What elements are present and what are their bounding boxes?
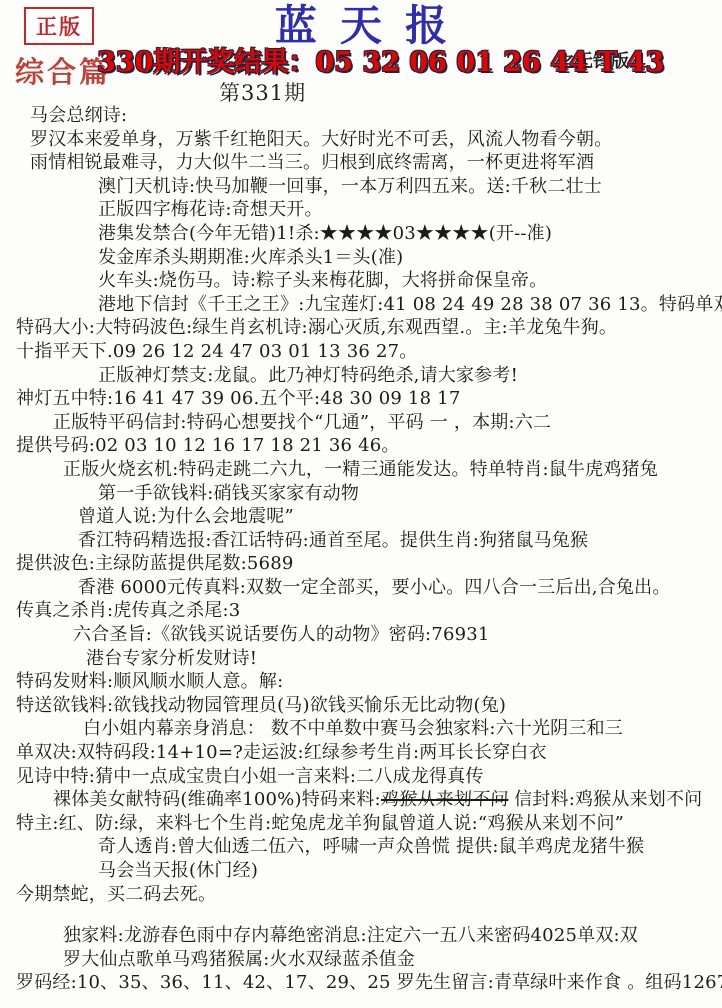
text-segment: 澳门天机诗:快马加鞭一回事，一本万利四五来。送:千秋二壮士	[98, 176, 602, 197]
text-segment: 今期禁蛇，买二码去死。	[16, 884, 216, 905]
text-segment: 香港 6000元传真料:双数一定全部买，要小心。四八合一三后出,合兔出。	[78, 577, 671, 598]
text-segment: 港台专家分析发财诗!	[86, 648, 257, 669]
text-segment: 单双决:双特码段:14+10=?走运波:红绿参考生肖:两耳长长穿白衣	[16, 742, 547, 763]
struck-text: 鸡猴从来划不问	[380, 788, 509, 812]
text-segment: 独家料:龙游春色雨中存内幕绝密消息:注定六一五八来密码4025单双:双	[63, 925, 638, 946]
text-segment: 特送欲钱料:欲钱找动物园管理员(马)欲钱买愉乐无比动物(兔)	[16, 695, 506, 716]
newspaper-page: 蓝天报 正版 330期开奖结果：05 32 06 01 26 44 T 43 之…	[0, 0, 722, 1008]
text-segment: 马会当天报(休门经)	[98, 860, 258, 881]
text-segment: 香江特码精选报:香江话特码:通首至尾。提供生肖:狗猪鼠马兔猴	[78, 530, 588, 551]
text-line: 十指平天下.09 26 12 24 47 03 01 13 36 27。	[8, 340, 722, 364]
text-line: 香港 6000元传真料:双数一定全部买，要小心。四八合一三后出,合兔出。	[8, 576, 722, 600]
text-segment: 六合圣旨:《欲钱买说话要伤人的动物》密码:76931	[73, 624, 490, 645]
text-segment: 见诗中特:猜中一点成宝贵白小姐一言来料:二八成龙得真传	[16, 766, 484, 787]
text-line: 六合圣旨:《欲钱买说话要伤人的动物》密码:76931	[8, 623, 722, 647]
text-line: 白小姐内幕亲身消息： 数不中单数中赛马会独家料:六十光阴三和三	[8, 717, 722, 741]
text-segment: 十指平天下.09 26 12 24 47 03 01 13 36 27。	[16, 341, 417, 362]
text-segment: 雨情相锐最难寻，力大似牛二当三。归根到底终需离，一杯更进将军酒	[30, 152, 594, 173]
text-line: 今期禁蛇，买二码去死。	[8, 883, 722, 907]
text-line: 港地下信封《千王之王》:九宝莲灯:41 08 24 49 28 38 07 36…	[8, 293, 722, 317]
text-line: 正版特平码信封:特码心想要找个“几通”，平码 一 ，本期:六二	[8, 411, 722, 435]
text-segment: 火车头:烧伤马。诗:粽子头来梅花脚，大将拼命保皇帝。	[98, 270, 547, 291]
text-segment: 正版火烧玄机:特码走跳二六九，一精三通能发达。特单特肖:鼠牛虎鸡猪兔	[63, 459, 658, 480]
text-line: 港集发禁合(今年无错)1!杀:★★★★03★★★★(开--准)	[8, 222, 722, 246]
text-segment: 正版四字梅花诗:奇想天开。	[98, 199, 323, 220]
text-segment: 神灯五中特:16 41 47 39 06.五个平:48 30 09 18 17	[16, 388, 460, 409]
text-line: 罗大仙点歌单马鸡猪猴属:火水双绿蓝杀值金	[8, 948, 722, 972]
text-line: 特码发财料:顺风顺水顺人意。解:	[8, 670, 722, 694]
text-segment: 传真之杀肖:虎传真之杀尾:3	[16, 600, 240, 621]
authentic-badge: 正版	[24, 7, 94, 45]
text-line: 提供号码:02 03 10 12 16 17 18 21 36 46。	[8, 434, 722, 458]
text-segment: 港地下信封《千王之王》:九宝莲灯:41 08 24 49 28 38 07 36…	[98, 294, 722, 315]
text-segment: 白小姐内幕亲身消息： 数不中单数中赛马会独家料:六十光阴三和三	[83, 718, 623, 739]
text-line: 单双决:双特码段:14+10=?走运波:红绿参考生肖:两耳长长穿白衣	[8, 741, 722, 765]
text-segment: 罗大仙点歌单马鸡猪猴属:火水双绿蓝杀值金	[63, 949, 415, 970]
text-line: 传真之杀肖:虎传真之杀尾:3	[8, 599, 722, 623]
text-line: 曾道人说:为什么会地震呢”	[8, 505, 722, 529]
text-line: 发金库杀头期期准:火库杀头1＝头(准)	[8, 246, 722, 270]
text-line: 正版火烧玄机:特码走跳二六九，一精三通能发达。特单特肖:鼠牛虎鸡猪兔	[8, 458, 722, 482]
issue-number: 第331期	[219, 77, 306, 107]
text-line: 港台专家分析发财诗!	[8, 647, 722, 671]
text-segment: 提供号码:02 03 10 12 16 17 18 21 36 46。	[16, 435, 400, 456]
text-segment: 马会总纲诗:	[30, 105, 127, 126]
body-lines: 马会总纲诗:罗汉本来爱单身，万紫千红艳阳天。大好时光不可丢，风流人物看今朝。雨情…	[8, 104, 722, 995]
text-line: 提供波色:主绿防蓝提供尾数:5689	[8, 552, 722, 576]
text-line: 雨情相锐最难寻，力大似牛二当三。归根到底终需离，一杯更进将军酒	[8, 151, 722, 175]
text-line: 特主:红、防:绿，来料七个生肖:蛇兔虎龙羊狗鼠曾道人说:“鸡猴从来划不问”	[8, 812, 722, 836]
text-line: 罗码经:10、35、36、11、42、17、29、25 罗先生留言:青草绿叶来作…	[8, 971, 722, 995]
text-line: 特码大小:大特码波色:绿生肖玄机诗:溺心灭质,东观西望.。主:羊龙兔牛狗。	[8, 316, 722, 340]
text-line: 澳门天机诗:快马加鞭一回事，一本万利四五来。送:千秋二壮士	[8, 175, 722, 199]
text-segment: 信封料:鸡猴从来划不问	[508, 789, 702, 810]
text-line: 火车头:烧伤马。诗:粽子头来梅花脚，大将拼命保皇帝。	[8, 269, 722, 293]
text-segment: 裸体美女献特码(维确率100%)特码来料:	[53, 789, 381, 810]
text-segment: 港集发禁合(今年无错)1!杀:★★★★03★★★★(开--准)	[98, 223, 552, 244]
text-segment: 特码大小:大特码波色:绿生肖玄机诗:溺心灭质,东观西望.。主:羊龙兔牛狗。	[16, 317, 617, 338]
text-line: 马会当天报(休门经)	[8, 859, 722, 883]
text-line: 裸体美女献特码(维确率100%)特码来料:鸡猴从来划不问 信封料:鸡猴从来划不问	[8, 788, 722, 812]
text-segment: 提供波色:主绿防蓝提供尾数:5689	[16, 553, 294, 574]
text-line: 见诗中特:猜中一点成宝贵白小姐一言来料:二八成龙得真传	[8, 765, 722, 789]
text-line: 马会总纲诗:	[8, 104, 722, 128]
text-segment: 罗码经:10、35、36、11、42、17、29、25 罗先生留言:青草绿叶来作…	[16, 972, 722, 993]
text-line: 神灯五中特:16 41 47 39 06.五个平:48 30 09 18 17	[8, 387, 722, 411]
text-line: 正版四字梅花诗:奇想天开。	[8, 198, 722, 222]
text-segment: 第一手欲钱料:硝钱买家家有动物	[98, 483, 359, 504]
text-segment: 特码发财料:顺风顺水顺人意。解:	[16, 671, 283, 692]
text-line: 正版神灯禁支:龙鼠。此乃神灯特码绝杀,请大家参考!	[8, 364, 722, 388]
text-segment: 奇人透肖:曾大仙透二伍六，呼啸一声众兽慌 提供:鼠羊鸡虎龙猪牛猴	[98, 836, 644, 857]
text-line: 罗汉本来爱单身，万紫千红艳阳天。大好时光不可丢，风流人物看今朝。	[8, 128, 722, 152]
draw-result-banner: 330期开奖结果：05 32 06 01 26 44 T 43	[97, 40, 664, 79]
text-line: 第一手欲钱料:硝钱买家家有动物	[8, 482, 722, 506]
text-segment: 特主:红、防:绿，来料七个生肖:蛇兔虎龙羊狗鼠曾道人说:“鸡猴从来划不问”	[16, 813, 624, 834]
text-line: 香江特码精选报:香江话特码:通首至尾。提供生肖:狗猪鼠马兔猴	[8, 529, 722, 553]
text-line: 特送欲钱料:欲钱找动物园管理员(马)欲钱买愉乐无比动物(兔)	[8, 694, 722, 718]
text-segment: 正版神灯禁支:龙鼠。此乃神灯特码绝杀,请大家参考!	[98, 365, 518, 386]
text-segment: 正版特平码信封:特码心想要找个“几通”，平码 一 ，本期:六二	[53, 412, 551, 433]
text-segment: 曾道人说:为什么会地震呢”	[78, 506, 294, 527]
text-line: 奇人透肖:曾大仙透二伍六，呼啸一声众兽慌 提供:鼠羊鸡虎龙猪牛猴	[8, 835, 722, 859]
text-segment: 发金库杀头期期准:火库杀头1＝头(准)	[98, 247, 403, 268]
text-segment: 罗汉本来爱单身，万紫千红艳阳天。大好时光不可丢，风流人物看今朝。	[30, 129, 612, 150]
text-line: 独家料:龙游春色雨中存内幕绝密消息:注定六一五八来密码4025单双:双	[8, 924, 722, 948]
